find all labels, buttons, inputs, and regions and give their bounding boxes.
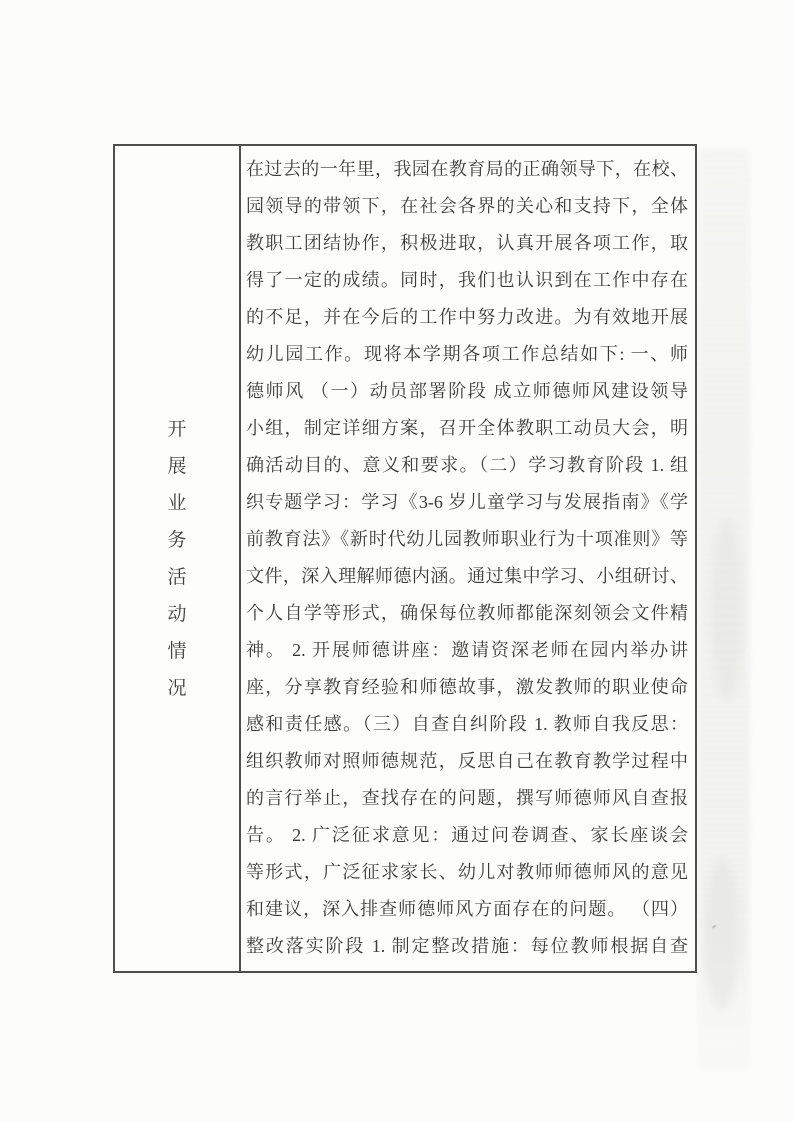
scan-smudge-blob: [712, 520, 742, 700]
row-header-char: 动: [167, 605, 186, 624]
text-line: 小组，制定详细方案，召开全体教职工动员大会，明: [246, 410, 688, 447]
text-line: 幼儿园工作。现将本学期各项工作总结如下: 一、师: [246, 336, 688, 373]
text-line: 织专题学习：学习《3-6 岁儿童学习与发展指南》《学: [246, 484, 688, 521]
activity-summary-table: 开 展 业 务 活 动 情 况 在过去的一年里，我园在教育局的正确领导下，在校、…: [113, 144, 697, 973]
text-line: 的言行举止，查找存在的问题，撰写师德师风自查报: [246, 780, 688, 817]
row-header-char: 务: [167, 531, 186, 550]
text-line: 感和责任感。（三）自查自纠阶段 1. 教师自我反思：: [246, 706, 688, 743]
text-line: 整改落实阶段 1. 制定整改措施：每位教师根据自查: [246, 928, 688, 965]
row-header-char: 业: [167, 494, 186, 513]
text-line: 确活动目的、意义和要求。（二）学习教育阶段 1. 组: [246, 447, 688, 484]
row-header-char: 情: [167, 642, 186, 661]
text-line: 等形式，广泛征求家长、幼儿对教师师德师风的意见: [246, 854, 688, 891]
text-line: 前教育法》《新时代幼儿园教师职业行为十项准则》等: [246, 521, 688, 558]
text-line: 神。 2. 开展师德讲座：邀请资深老师在园内举办讲: [246, 632, 688, 669]
content-cell: 在过去的一年里，我园在教育局的正确领导下，在校、 园领导的带领下，在社会各界的关…: [241, 146, 695, 971]
text-line: 告。 2. 广泛征求意见：通过问卷调查、家长座谈会: [246, 817, 688, 854]
text-line: 得了一定的成绩。同时，我们也认识到在工作中存在: [246, 262, 688, 299]
text-line: 的不足，并在今后的工作中努力改进。为有效地开展: [246, 299, 688, 336]
scan-smudge-band: [698, 150, 750, 1070]
text-line: 个人自学等形式，确保每位教师都能深刻领会文件精: [246, 595, 688, 632]
text-line: 教职工团结协作，积极进取，认真开展各项工作，取: [246, 225, 688, 262]
row-header-char: 况: [167, 679, 186, 698]
scan-speck: [710, 921, 717, 928]
scan-smudge-blob: [705, 860, 739, 1010]
row-header-char: 活: [167, 568, 186, 587]
text-line: 组织教师对照师德规范，反思自己在教育教学过程中: [246, 743, 688, 780]
text-line: 在过去的一年里，我园在教育局的正确领导下，在校、: [246, 151, 688, 188]
row-header-cell: 开 展 业 务 活 动 情 况: [115, 146, 241, 971]
row-header-char: 开: [167, 420, 186, 439]
text-line: 座，分享教育经验和师德故事，激发教师的职业使命: [246, 669, 688, 706]
row-header-char: 展: [167, 457, 186, 476]
text-line: 园领导的带领下，在社会各界的关心和支持下，全体: [246, 188, 688, 225]
text-line: 文件，深入理解师德内涵。通过集中学习、小组研讨、: [246, 558, 688, 595]
text-line: 德师风 （一）动员部署阶段 成立师德师风建设领导: [246, 373, 688, 410]
text-line: 和建议，深入排查师德师风方面存在的问题。 （四）: [246, 891, 688, 928]
